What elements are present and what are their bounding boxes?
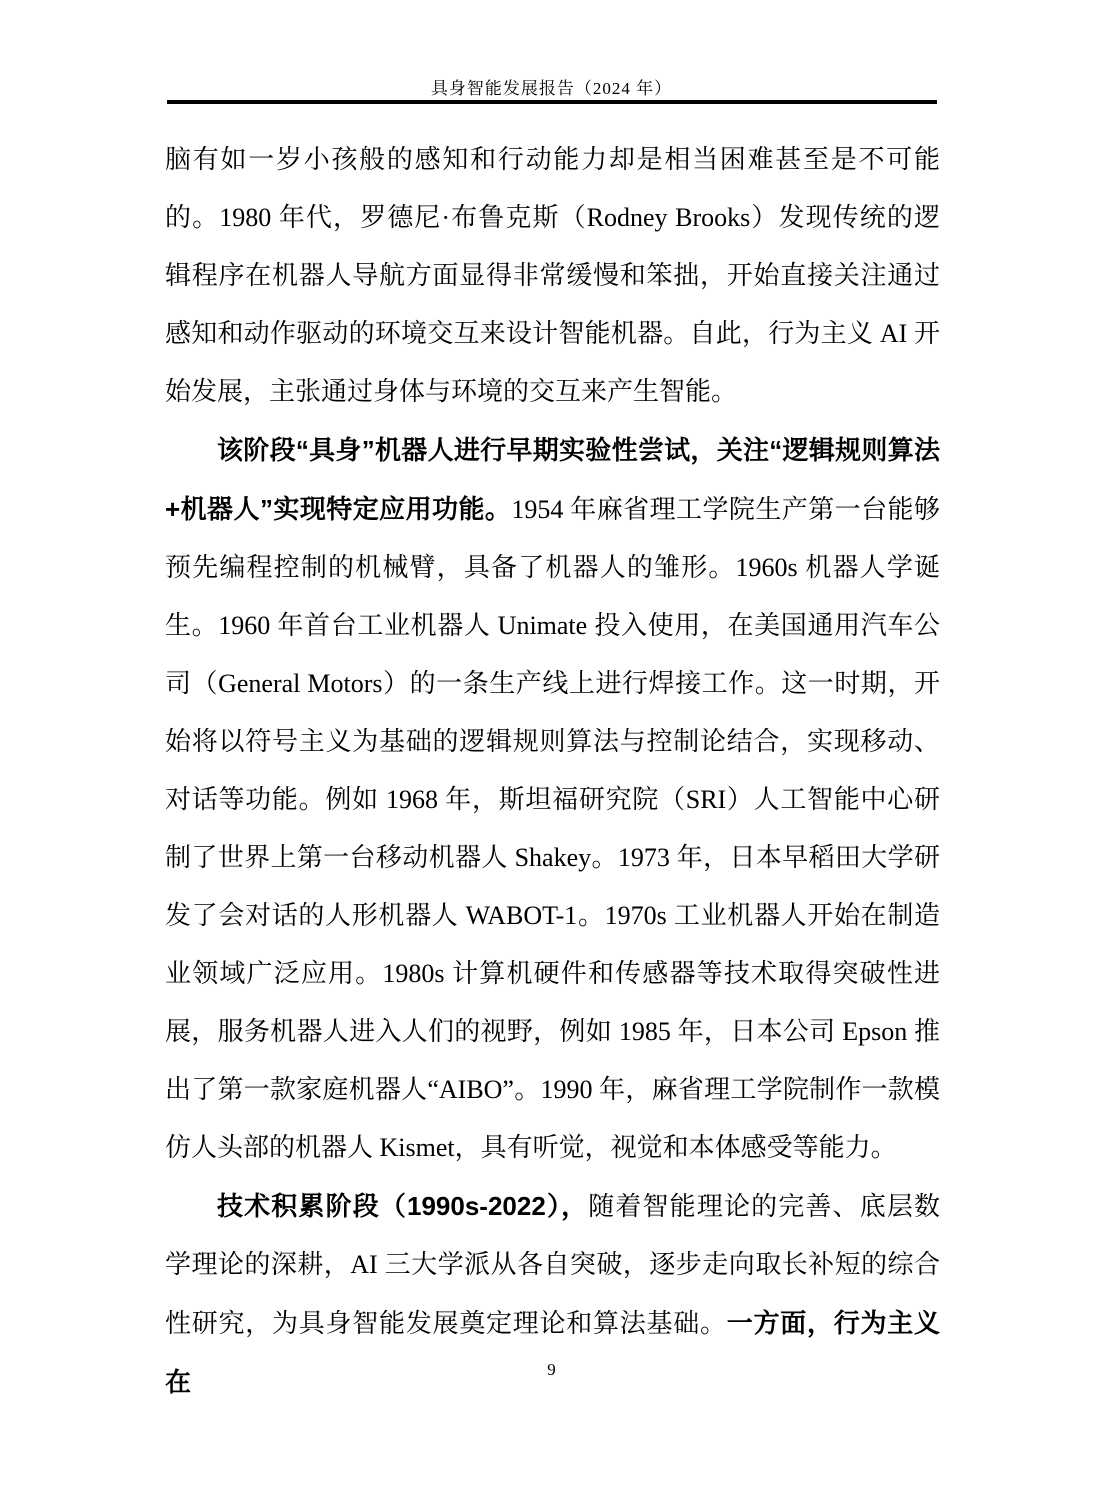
paragraph: 该阶段“具身”机器人进行早期实验性尝试，关注“逻辑规则算法+机器人”实现特定应用… — [165, 421, 940, 1177]
page-number: 9 — [547, 1360, 556, 1379]
document-page: 具身智能发展报告（2024 年） 脑有如一岁小孩般的感知和行动能力却是相当困难甚… — [0, 0, 1103, 1496]
text-segment: 1954 年麻省理工学院生产第一台能够预先编程控制的机械臂，具备了机器人的雏形。… — [165, 495, 940, 1162]
header-rule — [167, 100, 937, 104]
paragraph: 脑有如一岁小孩般的感知和行动能力却是相当困难甚至是不可能的。1980 年代，罗德… — [165, 131, 940, 421]
page-footer: 9 — [0, 1358, 1103, 1382]
header-title: 具身智能发展报告（2024 年） — [0, 74, 1103, 99]
document-body: 脑有如一岁小孩般的感知和行动能力却是相当困难甚至是不可能的。1980 年代，罗德… — [165, 131, 940, 1412]
text-segment: 脑有如一岁小孩般的感知和行动能力却是相当困难甚至是不可能的。1980 年代，罗德… — [165, 145, 940, 406]
bold-text-segment: 技术积累阶段（1990s-2022）， — [217, 1191, 588, 1221]
